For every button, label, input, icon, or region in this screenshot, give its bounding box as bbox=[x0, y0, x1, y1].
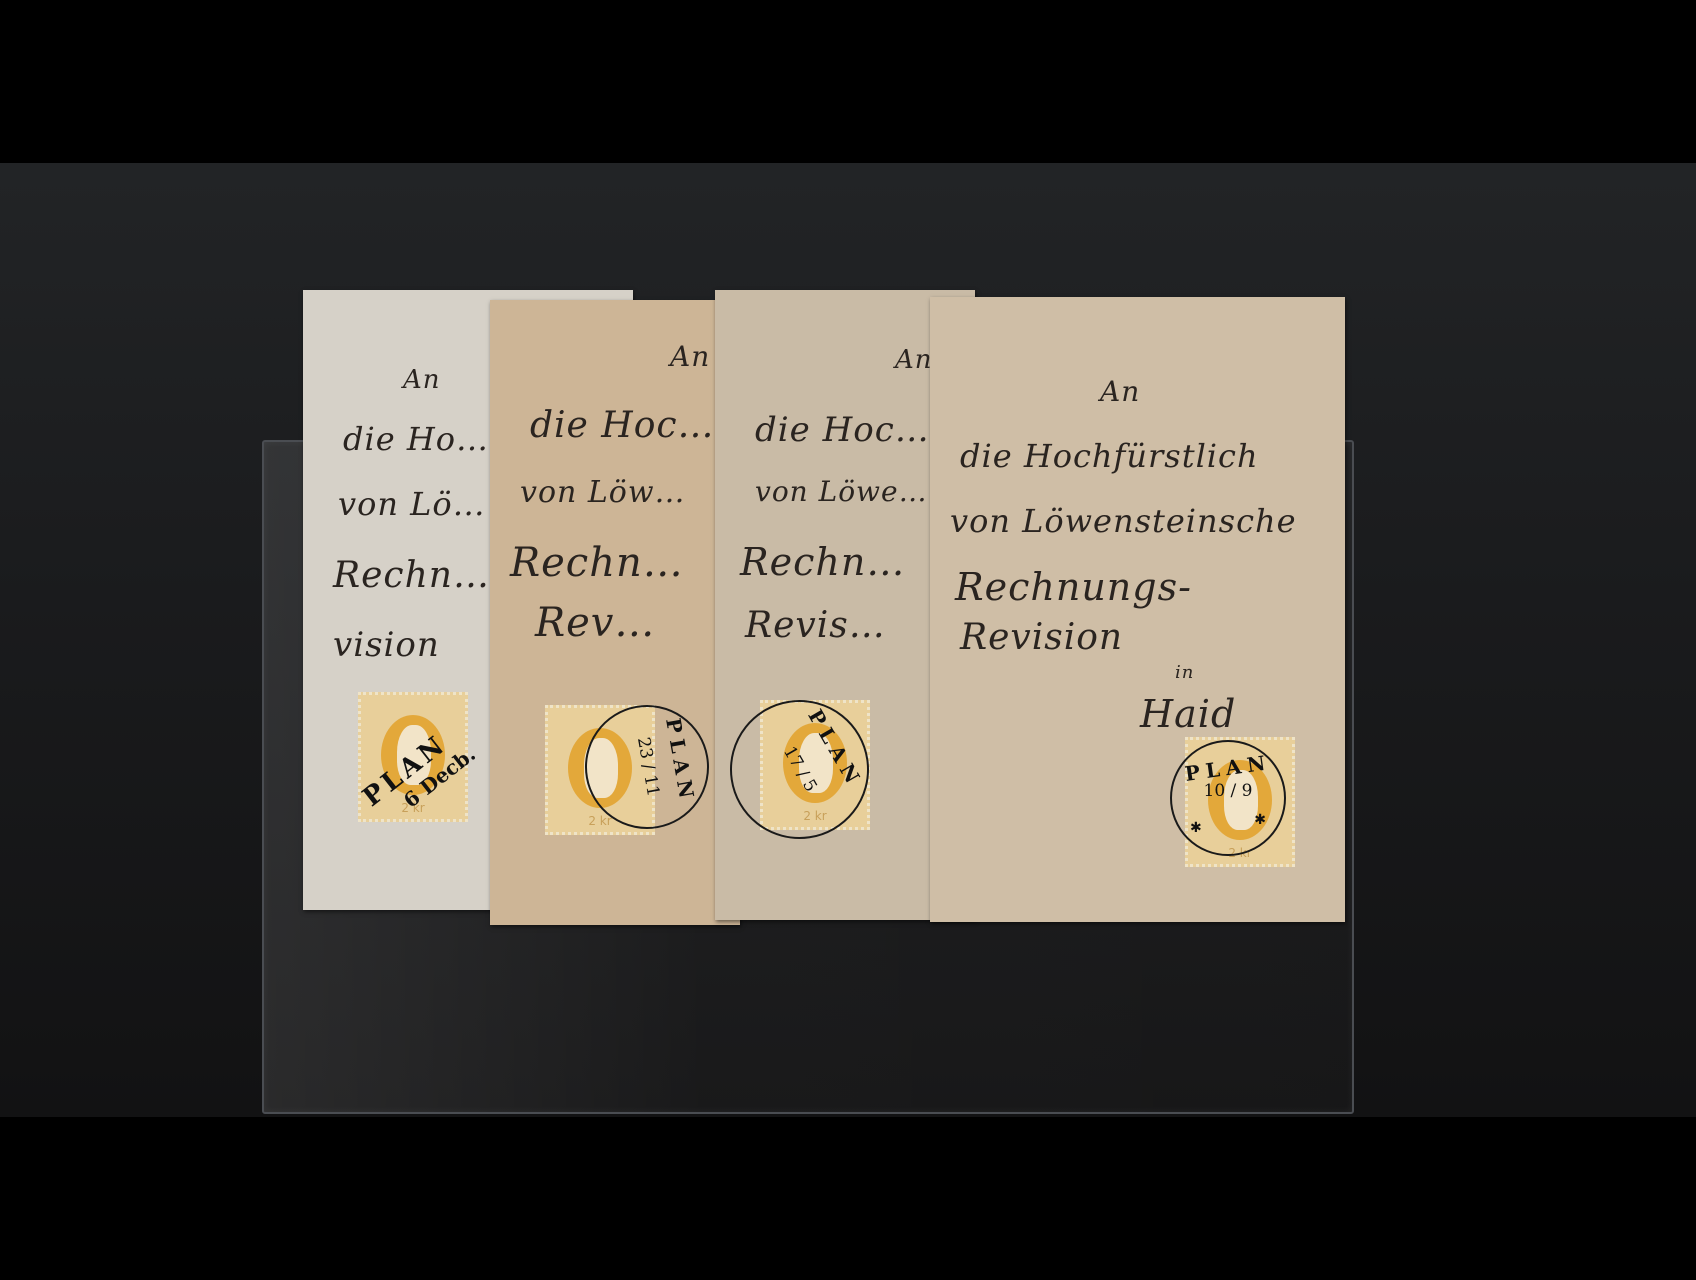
cancel-town: PLAN bbox=[658, 700, 702, 822]
address-line: Revision bbox=[960, 617, 1123, 658]
address-line: die Hochfürstlich bbox=[960, 437, 1259, 475]
address-line: in bbox=[1175, 662, 1194, 683]
address-line: An bbox=[1100, 375, 1140, 408]
address-line: Haid bbox=[1140, 692, 1236, 736]
address-line: An bbox=[670, 340, 710, 373]
address-line: Rechn… bbox=[740, 540, 905, 584]
address-line: die Hoc… bbox=[530, 405, 715, 446]
address-line: von Löwe… bbox=[755, 475, 928, 508]
address-line: An bbox=[895, 345, 933, 375]
circular-date-stamp: PLAN 10 / 9 ✱ ✱ bbox=[1170, 740, 1286, 856]
address-line: von Löw… bbox=[520, 475, 686, 510]
star-ornament-icon: ✱ bbox=[1254, 812, 1266, 828]
address-line: Rechn… bbox=[333, 555, 490, 596]
star-ornament-icon: ✱ bbox=[1190, 820, 1202, 836]
address-line: von Löwensteinsche bbox=[950, 502, 1297, 540]
address-line: von Lö… bbox=[338, 485, 486, 523]
address-line: Rev… bbox=[535, 600, 655, 646]
cover-2: An die Hoc… von Löw… Rechn… Rev… 2 kr PL… bbox=[490, 300, 740, 925]
cancel-date: 10 / 9 bbox=[1172, 782, 1284, 801]
address-line: vision bbox=[333, 625, 440, 665]
address-line: die Hoc… bbox=[755, 410, 930, 450]
address-line: die Ho… bbox=[343, 420, 489, 458]
address-line: An bbox=[403, 365, 441, 395]
cover-4: An die Hochfürstlich von Löwensteinsche … bbox=[930, 297, 1345, 922]
address-line: Revis… bbox=[745, 605, 886, 646]
address-line: Rechnungs- bbox=[955, 565, 1192, 609]
address-line: Rechn… bbox=[510, 540, 684, 586]
